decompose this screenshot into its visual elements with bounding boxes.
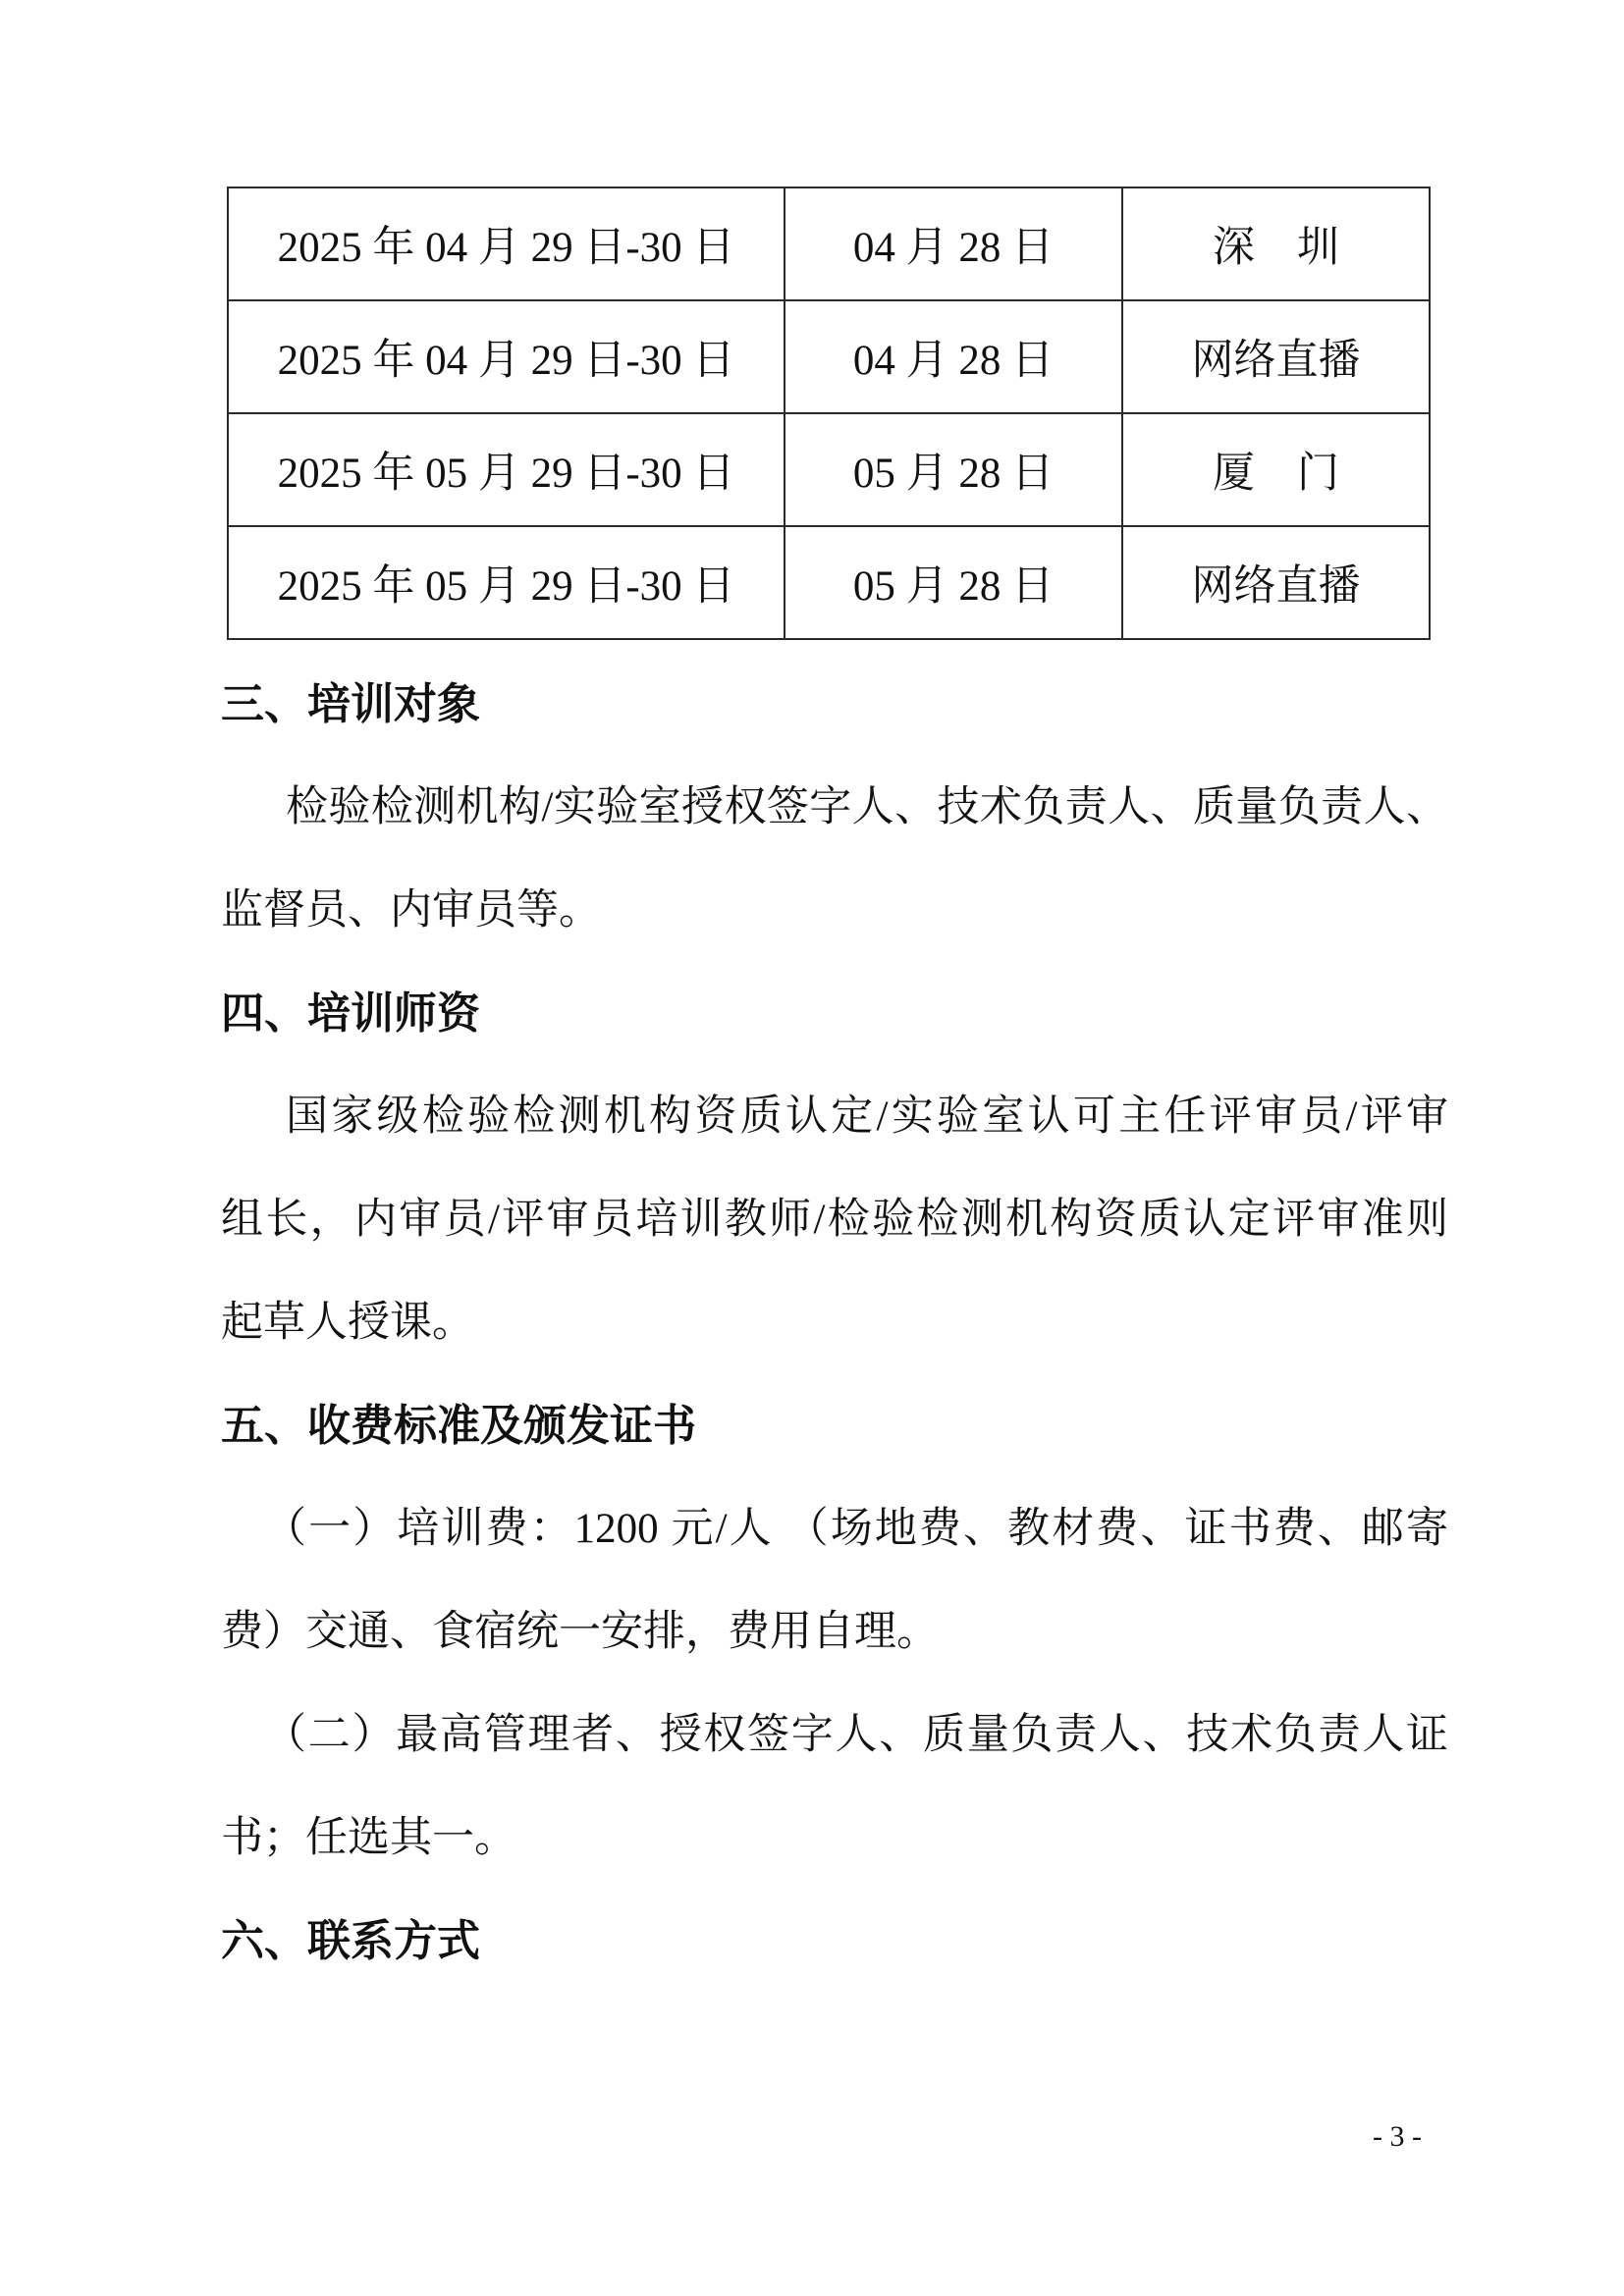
document-page: 2025 年 04 月 29 日-30 日 04 月 28 日 深 圳 2025…	[0, 0, 1624, 2296]
table-cell-location: 网络直播	[1122, 300, 1430, 413]
table-row: 2025 年 04 月 29 日-30 日 04 月 28 日 深 圳	[228, 187, 1430, 300]
table-cell-location: 深 圳	[1122, 187, 1430, 300]
paragraph-line: （二）最高管理者、授权签字人、质量负责人、技术负责人证	[221, 1683, 1448, 1787]
table-cell-registration-date: 05 月 28 日	[785, 526, 1122, 639]
paragraph-line: （一）培训费：1200 元/人 （场地费、教材费、证书费、邮寄	[221, 1477, 1448, 1580]
paragraph-line: 书；任选其一。	[221, 1787, 1448, 1890]
table-cell-registration-date: 04 月 28 日	[785, 187, 1122, 300]
table-cell-location: 厦 门	[1122, 413, 1430, 526]
table-cell-training-date: 2025 年 04 月 29 日-30 日	[228, 300, 785, 413]
table-row: 2025 年 04 月 29 日-30 日 04 月 28 日 网络直播	[228, 300, 1430, 413]
table-cell-registration-date: 05 月 28 日	[785, 413, 1122, 526]
table-row: 2025 年 05 月 29 日-30 日 05 月 28 日 网络直播	[228, 526, 1430, 639]
section-heading-fees-certificates: 五、收费标准及颁发证书	[221, 1374, 1448, 1477]
section-heading-training-faculty: 四、培训师资	[221, 962, 1448, 1065]
paragraph-line: 起草人授课。	[221, 1271, 1448, 1374]
page-number: - 3 -	[1373, 2122, 1422, 2152]
paragraph-line: 监督员、内审员等。	[221, 859, 1448, 962]
paragraph-line: 组长，内审员/评审员培训教师/检验检测机构资质认定评审准则	[221, 1168, 1448, 1271]
document-body: 三、培训对象 检验检测机构/实验室授权签字人、技术负责人、质量负责人、 监督员、…	[221, 653, 1448, 1993]
table-cell-location: 网络直播	[1122, 526, 1430, 639]
table-cell-training-date: 2025 年 05 月 29 日-30 日	[228, 413, 785, 526]
table-cell-training-date: 2025 年 05 月 29 日-30 日	[228, 526, 785, 639]
paragraph-line: 国家级检验检测机构资质认定/实验室认可主任评审员/评审	[221, 1065, 1448, 1168]
section-heading-contact-info: 六、联系方式	[221, 1890, 1448, 1993]
training-schedule-table: 2025 年 04 月 29 日-30 日 04 月 28 日 深 圳 2025…	[227, 187, 1431, 640]
table-cell-registration-date: 04 月 28 日	[785, 300, 1122, 413]
paragraph-line: 费）交通、食宿统一安排，费用自理。	[221, 1580, 1448, 1683]
section-heading-training-targets: 三、培训对象	[221, 653, 1448, 756]
paragraph-line: 检验检测机构/实验室授权签字人、技术负责人、质量负责人、	[221, 756, 1448, 859]
table-row: 2025 年 05 月 29 日-30 日 05 月 28 日 厦 门	[228, 413, 1430, 526]
table-cell-training-date: 2025 年 04 月 29 日-30 日	[228, 187, 785, 300]
